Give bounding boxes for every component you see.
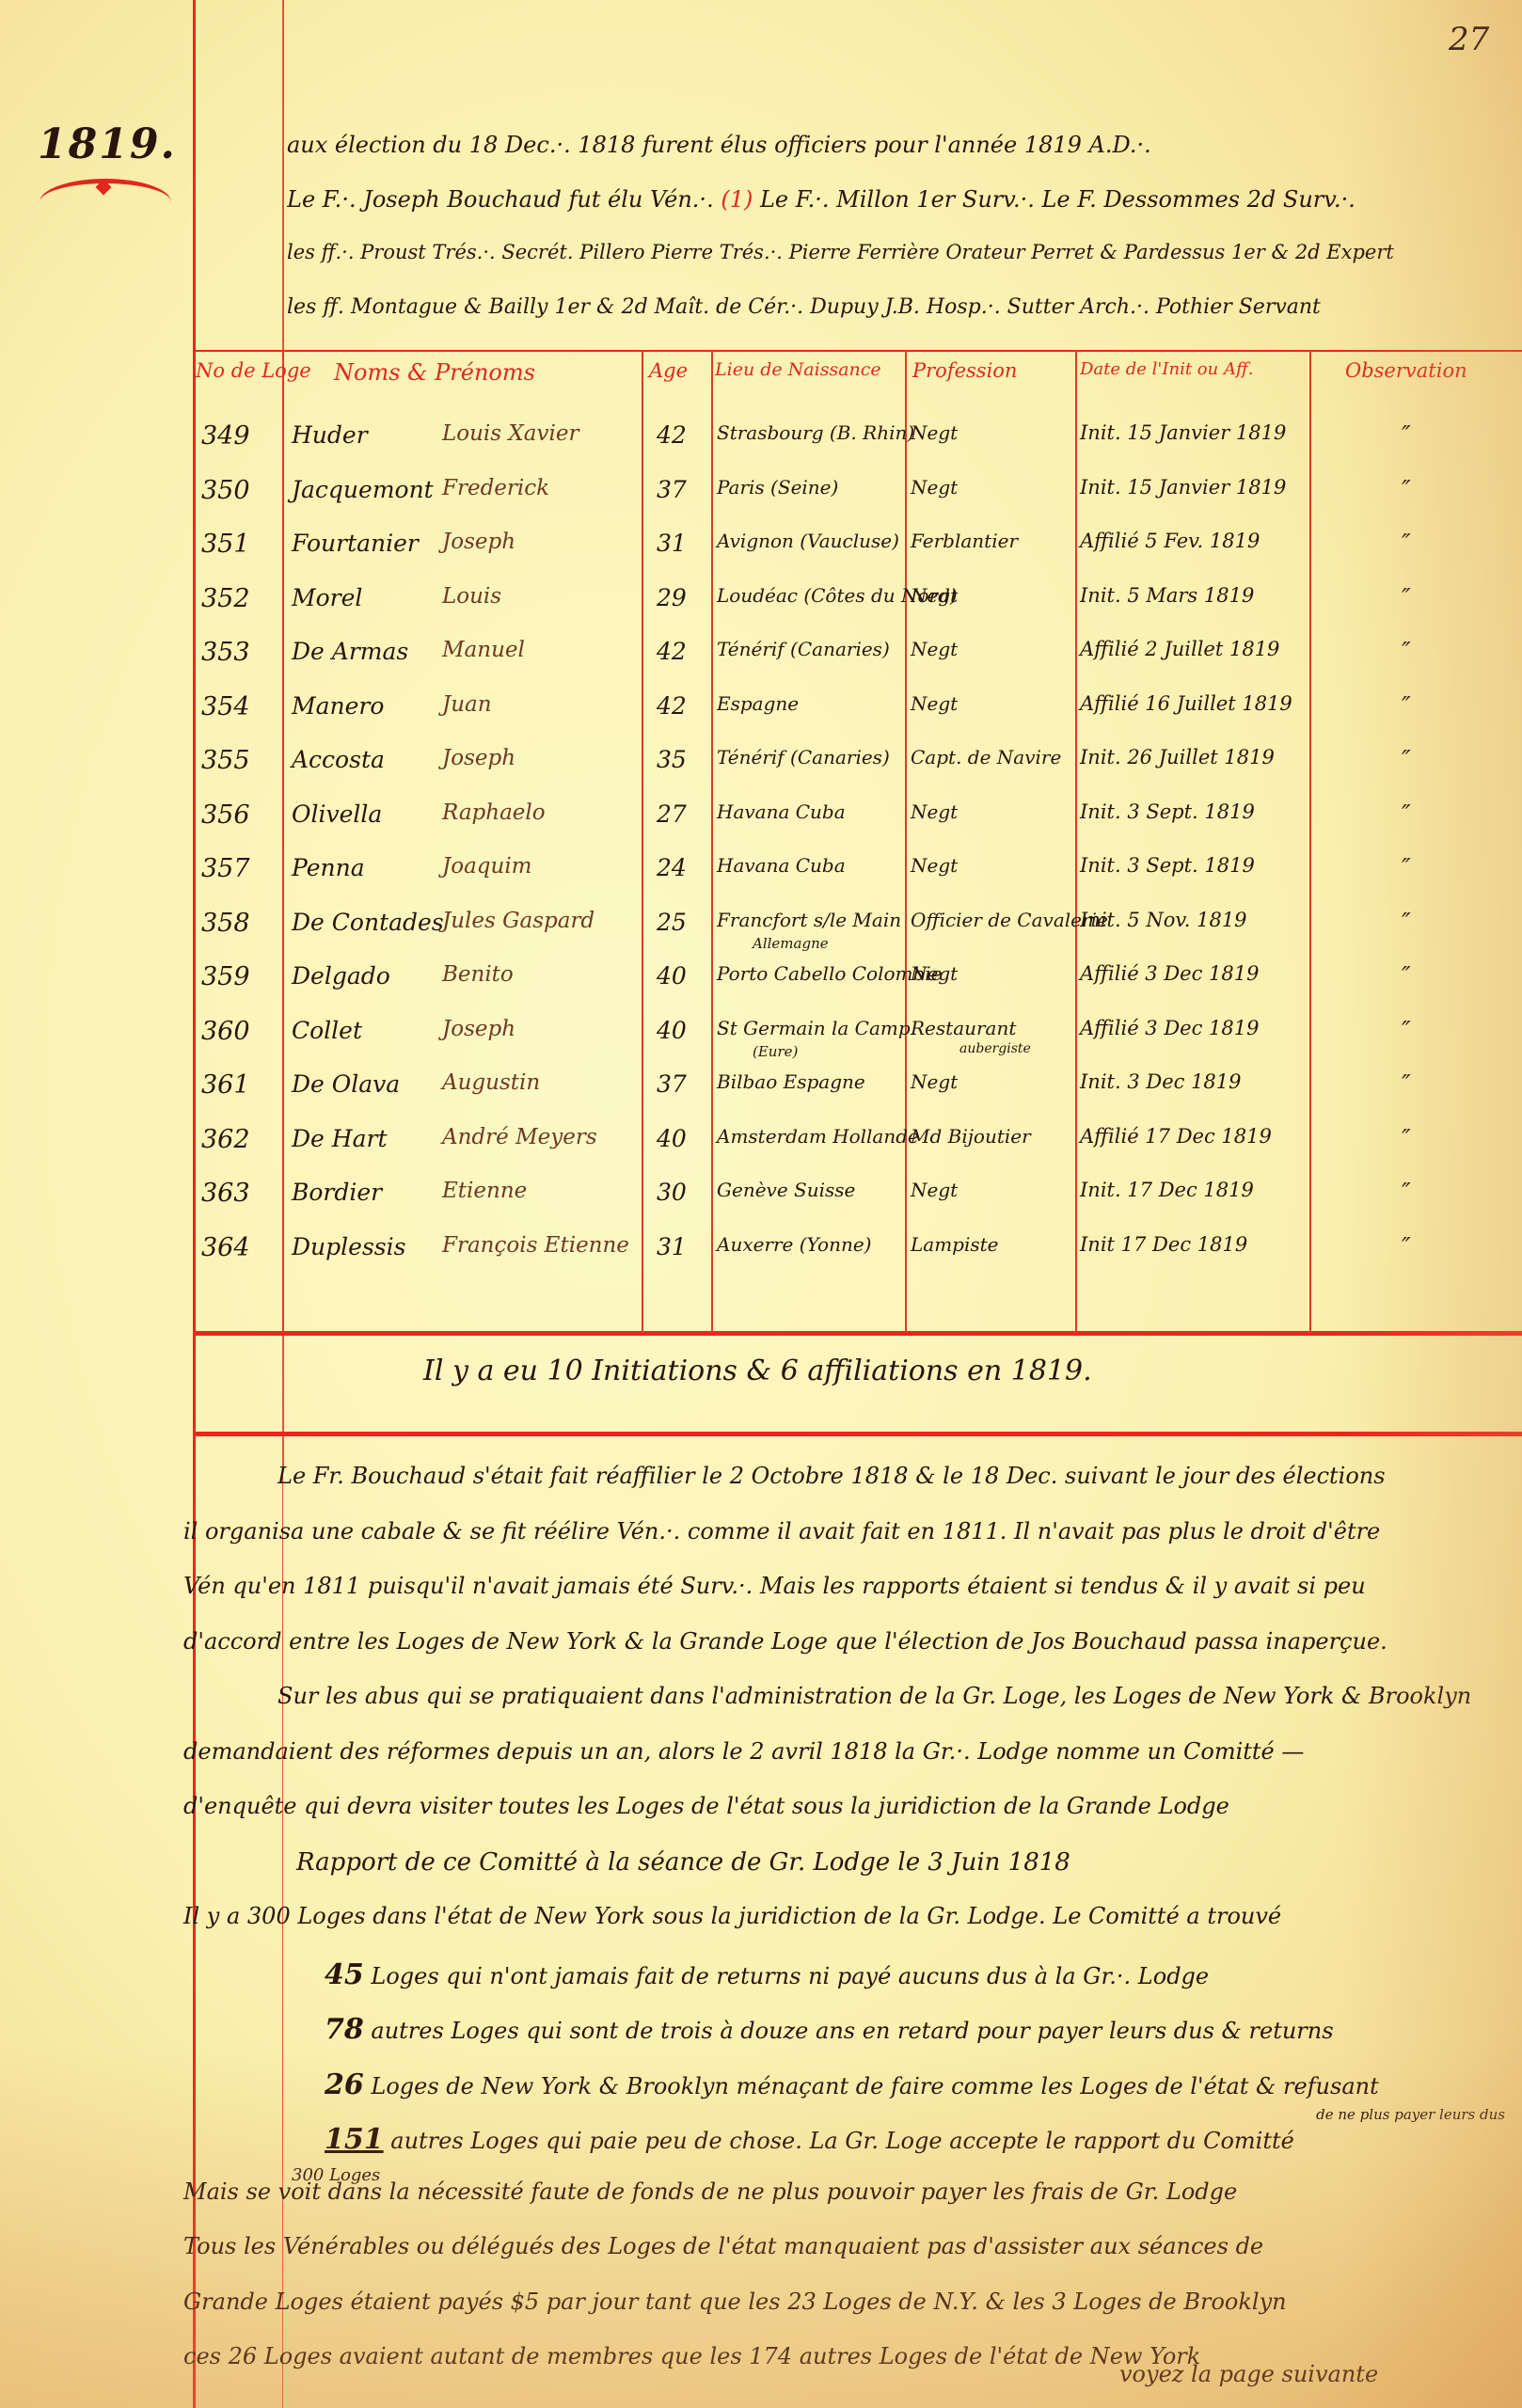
cell-age: 42: [657, 692, 687, 720]
narrative-line: 300 Loges Mais se voit dans la nécessité…: [183, 2178, 1505, 2234]
intro-line: les ff.·. Proust Trés.·. Secrét. Pillero…: [287, 241, 1500, 295]
cell-given-name: Frederick: [442, 476, 549, 500]
cell-surname: Morel: [292, 584, 362, 611]
cell-birthplace: Ténérif (Canaries): [717, 638, 890, 660]
cell-surname: Delgado: [292, 962, 390, 990]
cell-observation: ″: [1402, 962, 1411, 990]
cell-birthplace: Ténérif (Canaries): [717, 746, 890, 768]
cell-profession: Lampiste: [911, 1233, 999, 1256]
cell-given-name: François Etienne: [442, 1233, 629, 1258]
cell-observation: ″: [1402, 746, 1411, 774]
cell-observation: ″: [1402, 421, 1411, 450]
cell-profession: Capt. de Navire: [911, 746, 1061, 768]
cell-observation: ″: [1402, 638, 1411, 666]
cell-age: 30: [657, 1179, 687, 1206]
cell-surname: Huder: [292, 421, 368, 449]
cell-birthplace-sub: (Eure): [753, 1043, 798, 1060]
cell-observation: ″: [1402, 584, 1411, 612]
table-row: 358De ContadesJules Gaspard25Francfort s…: [0, 901, 1522, 956]
report-text: autres Loges qui sont de trois à douze a…: [371, 2018, 1333, 2044]
narrative-line: Tous les Vénérables ou délégués des Loge…: [183, 2233, 1505, 2289]
cell-date: Affilié 3 Dec 1819: [1080, 962, 1259, 985]
summary-bottom-rule: [193, 1432, 1522, 1436]
report-count: 26: [325, 2068, 364, 2101]
cell-age: 35: [657, 746, 687, 773]
cell-lodge-number: 361: [201, 1070, 250, 1100]
table-top-rule: [193, 350, 1522, 352]
cell-surname: Olivella: [292, 800, 382, 828]
cell-age: 42: [657, 421, 687, 449]
cell-given-name: Joseph: [442, 1017, 515, 1041]
report-item: 26 Loges de New York & Brooklyn ménaçant…: [183, 2068, 1505, 2124]
cell-profession: Negt: [911, 421, 958, 444]
cell-birthplace: Strasbourg (B. Rhin): [717, 421, 914, 444]
table-row: 356OlivellaRaphaelo27Havana CubaNegtInit…: [0, 793, 1522, 848]
table-row: 355AccostaJoseph35Ténérif (Canaries)Capt…: [0, 738, 1522, 793]
narrative-line: il organisa une cabale & se fit réélire …: [183, 1518, 1505, 1574]
cell-surname: Collet: [292, 1017, 362, 1044]
cell-birthplace: Paris (Seine): [717, 476, 838, 499]
narrative-line: demandaient des réformes depuis un an, a…: [183, 1738, 1505, 1794]
report-item: 78 autres Loges qui sont de trois à douz…: [183, 2013, 1505, 2068]
cell-surname: Bordier: [292, 1179, 382, 1206]
narrative-line: d'enquête qui devra visiter toutes les L…: [183, 1793, 1505, 1848]
cell-observation: ″: [1402, 530, 1411, 558]
cell-observation: ″: [1402, 692, 1411, 721]
cell-given-name: Jules Gaspard: [442, 909, 595, 933]
cell-age: 31: [657, 1233, 687, 1260]
intro-line: Le F.·. Joseph Bouchaud fut élu Vén.·. (…: [287, 186, 1500, 241]
cell-age: 31: [657, 530, 687, 557]
table-row: 359DelgadoBenito40Porto Cabello Colombie…: [0, 955, 1522, 1009]
cell-age: 24: [657, 854, 687, 881]
cell-given-name: Joaquim: [442, 854, 531, 879]
cell-profession: Negt: [911, 638, 958, 660]
cell-age: 25: [657, 909, 687, 936]
header-name: Noms & Prénoms: [334, 359, 535, 406]
report-count: 151: [325, 2123, 384, 2156]
year-summary: Il y a eu 10 Initiations & 6 affiliation…: [423, 1354, 1092, 1387]
cell-age: 40: [657, 1017, 687, 1044]
table-row: 363BordierEtienne30Genève SuisseNegtInit…: [0, 1171, 1522, 1226]
header-observations: Observation: [1345, 359, 1467, 406]
cell-birthplace: Havana Cuba: [717, 800, 846, 823]
header-date: Date de l'Init ou Aff.: [1080, 359, 1253, 406]
cell-lodge-number: 353: [201, 638, 250, 667]
header-profession: Profession: [912, 359, 1017, 406]
table-row: 362De HartAndré Meyers40Amsterdam Hollan…: [0, 1117, 1522, 1172]
narrative-line: Vén qu'en 1811 puisqu'il n'avait jamais …: [183, 1573, 1505, 1628]
header-birthplace: Lieu de Naissance: [715, 359, 881, 406]
report-text: autres Loges qui paie peu de chose. La G…: [390, 2128, 1294, 2154]
ledger-page: 27 1819. aux élection du 18 Dec.·. 1818 …: [0, 0, 1522, 2408]
cell-date: Init. 5 Nov. 1819: [1080, 909, 1247, 931]
cell-age: 42: [657, 638, 687, 665]
intro-line: les ff. Montague & Bailly 1er & 2d Maît.…: [287, 295, 1500, 350]
header-age: Age: [649, 359, 688, 406]
cell-age: 40: [657, 1125, 687, 1152]
narrative-line: Il y a 300 Loges dans l'état de New York…: [183, 1903, 1505, 1958]
cell-surname: Fourtanier: [292, 530, 419, 557]
cell-given-name: Joseph: [442, 530, 515, 554]
report-text: Loges de New York & Brooklyn ménaçant de…: [371, 2073, 1378, 2099]
cell-given-name: Benito: [442, 962, 514, 987]
cell-age: 27: [657, 800, 687, 828]
cell-birthplace: Espagne: [717, 692, 799, 715]
cell-birthplace: Havana Cuba: [717, 854, 846, 877]
cell-date: Affilié 16 Juillet 1819: [1080, 692, 1292, 715]
cell-surname: Duplessis: [292, 1233, 405, 1260]
cell-observation: ″: [1402, 800, 1411, 829]
intro-line: aux élection du 18 Dec.·. 1818 furent él…: [287, 132, 1500, 186]
cell-birthplace: Amsterdam Hollande: [717, 1125, 919, 1148]
cell-profession: Negt: [911, 854, 958, 877]
report-count: 78: [325, 2013, 364, 2046]
intro-text: Le F.·. Millon 1er Surv.·. Le F. Dessomm…: [760, 186, 1356, 213]
cell-observation: ″: [1402, 476, 1411, 504]
cell-date: Affilié 2 Juillet 1819: [1080, 638, 1279, 660]
narrative-line: Grande Loges étaient payés $5 par jour t…: [183, 2289, 1505, 2344]
table-row: 353De ArmasManuel42Ténérif (Canaries)Neg…: [0, 630, 1522, 685]
cell-lodge-number: 355: [201, 746, 250, 775]
cell-given-name: Raphaelo: [442, 800, 546, 825]
table-row: 360ColletJoseph40St Germain la Camp.Rest…: [0, 1009, 1522, 1064]
cell-date: Init. 5 Mars 1819: [1080, 584, 1254, 607]
table-row: 352MorelLouis29Loudéac (Côtes du Nord)Ne…: [0, 577, 1522, 631]
intro-text: Le F.·. Joseph Bouchaud fut élu Vén.·.: [287, 186, 714, 213]
narrative-line: Le Fr. Bouchaud s'était fait réaffilier …: [183, 1463, 1505, 1518]
cell-lodge-number: 359: [201, 962, 250, 991]
cell-profession: Restaurant: [911, 1017, 1016, 1039]
cell-surname: Manero: [292, 692, 384, 720]
footnote-marker: (1): [721, 186, 753, 213]
cell-surname: De Olava: [292, 1070, 400, 1098]
cell-age: 29: [657, 584, 687, 611]
cell-lodge-number: 358: [201, 909, 250, 938]
cell-date: Init. 15 Janvier 1819: [1080, 421, 1286, 444]
cell-surname: Accosta: [292, 746, 385, 773]
cell-profession: Negt: [911, 962, 958, 985]
report-heading: Rapport de ce Comitté à la séance de Gr.…: [183, 1848, 1505, 1904]
report-item: 45 Loges qui n'ont jamais fait de return…: [183, 1958, 1505, 2014]
cell-lodge-number: 352: [201, 584, 250, 613]
cell-surname: De Hart: [292, 1125, 388, 1152]
cell-lodge-number: 360: [201, 1017, 250, 1046]
cell-profession-sub: aubergiste: [959, 1041, 1031, 1056]
report-text: Loges qui n'ont jamais fait de returns n…: [371, 1963, 1209, 1989]
cell-date: Affilié 5 Fev. 1819: [1080, 530, 1260, 552]
cell-date: Init. 3 Sept. 1819: [1080, 854, 1255, 877]
cell-age: 37: [657, 1070, 687, 1098]
cell-observation: ″: [1402, 1125, 1411, 1153]
cell-profession: Ferblantier: [911, 530, 1018, 552]
cell-date: Init. 17 Dec 1819: [1080, 1179, 1254, 1201]
cell-observation: ″: [1402, 1017, 1411, 1045]
report-count: 45: [325, 1958, 364, 1991]
cell-date: Affilié 3 Dec 1819: [1080, 1017, 1259, 1039]
year-heading: 1819.: [38, 120, 177, 168]
table-row: 349HuderLouis Xavier42Strasbourg (B. Rhi…: [0, 414, 1522, 468]
cell-birthplace: Francfort s/le Main: [717, 909, 901, 931]
cell-profession: Negt: [911, 1070, 958, 1093]
narrative-line: Sur les abus qui se pratiquaient dans l'…: [183, 1683, 1505, 1738]
page-number: 27: [1449, 21, 1489, 58]
cell-profession: Negt: [911, 1179, 958, 1201]
cell-given-name: Augustin: [442, 1070, 540, 1095]
cell-birthplace-sub: Allemagne: [753, 935, 829, 952]
cell-birthplace: Auxerre (Yonne): [717, 1233, 871, 1256]
cell-surname: Jacquemont: [292, 476, 434, 503]
cell-surname: De Armas: [292, 638, 408, 665]
cell-lodge-number: 362: [201, 1125, 250, 1154]
narrative: Le Fr. Bouchaud s'était fait réaffilier …: [183, 1463, 1505, 2399]
cell-birthplace: Porto Cabello Colombie: [717, 962, 943, 985]
cell-date: Init. 3 Dec 1819: [1080, 1070, 1242, 1093]
cell-lodge-number: 356: [201, 800, 250, 830]
cell-birthplace: Bilbao Espagne: [717, 1070, 865, 1093]
table-row: 351FourtanierJoseph31Avignon (Vaucluse)F…: [0, 522, 1522, 577]
election-intro: aux élection du 18 Dec.·. 1818 furent él…: [287, 132, 1500, 350]
year-underline-brace: [40, 179, 171, 202]
table-row: 357PennaJoaquim24Havana CubaNegtInit. 3 …: [0, 847, 1522, 901]
cell-given-name: Joseph: [442, 746, 515, 770]
cell-given-name: Manuel: [442, 638, 525, 662]
cell-profession: Negt: [911, 800, 958, 823]
cell-lodge-number: 349: [201, 421, 250, 451]
table-bottom-rule: [193, 1331, 1522, 1336]
cell-observation: ″: [1402, 854, 1411, 882]
header-lodge-number: No de Loge: [196, 359, 311, 406]
cell-date: Init. 15 Janvier 1819: [1080, 476, 1286, 499]
cell-observation: ″: [1402, 1070, 1411, 1099]
cell-given-name: André Meyers: [442, 1125, 597, 1149]
cell-age: 40: [657, 962, 687, 990]
cell-surname: De Contades: [292, 909, 444, 936]
cell-observation: ″: [1402, 1233, 1411, 1261]
margin-note: 300 Loges: [292, 2165, 380, 2185]
cell-age: 37: [657, 476, 687, 503]
table-row: 350JacquemontFrederick37Paris (Seine)Neg…: [0, 468, 1522, 523]
cell-date: Init. 3 Sept. 1819: [1080, 800, 1255, 823]
cell-lodge-number: 354: [201, 692, 250, 721]
cell-birthplace: Genève Suisse: [717, 1179, 855, 1201]
narrative-line: d'accord entre les Loges de New York & l…: [183, 1628, 1505, 1684]
cell-lodge-number: 357: [201, 854, 250, 883]
cell-observation: ″: [1402, 909, 1411, 937]
cell-given-name: Louis Xavier: [442, 421, 579, 446]
cell-birthplace: Avignon (Vaucluse): [717, 530, 899, 552]
cell-observation: ″: [1402, 1179, 1411, 1207]
cell-birthplace: St Germain la Camp.: [717, 1017, 916, 1039]
cell-date: Init 17 Dec 1819: [1080, 1233, 1247, 1256]
report-sub-note: de ne plus payer leurs dus: [1316, 2106, 1505, 2123]
cell-lodge-number: 363: [201, 1179, 250, 1208]
cell-date: Init. 26 Juillet 1819: [1080, 746, 1275, 768]
cell-profession: Negt: [911, 476, 958, 499]
table-row: 364DuplessisFrançois Etienne31Auxerre (Y…: [0, 1226, 1522, 1280]
cell-lodge-number: 351: [201, 530, 250, 559]
cell-given-name: Louis: [442, 584, 501, 609]
cell-profession: Negt: [911, 584, 958, 607]
report-item: 151 autres Loges qui paie peu de chose. …: [183, 2123, 1505, 2178]
cell-profession: Officier de Cavalerie: [911, 909, 1108, 931]
cell-profession: Negt: [911, 692, 958, 715]
cell-lodge-number: 350: [201, 476, 250, 505]
table-row: 354ManeroJuan42EspagneNegtAffilié 16 Jui…: [0, 685, 1522, 739]
table-row: 361De OlavaAugustin37Bilbao EspagneNegtI…: [0, 1063, 1522, 1117]
cell-surname: Penna: [292, 854, 365, 881]
cell-lodge-number: 364: [201, 1233, 250, 1262]
cell-profession: Md Bijoutier: [911, 1125, 1031, 1148]
continued-note: voyez la page suivante: [1119, 2361, 1378, 2387]
cell-date: Affilié 17 Dec 1819: [1080, 1125, 1272, 1148]
cell-given-name: Juan: [442, 692, 492, 717]
cell-given-name: Etienne: [442, 1179, 527, 1203]
